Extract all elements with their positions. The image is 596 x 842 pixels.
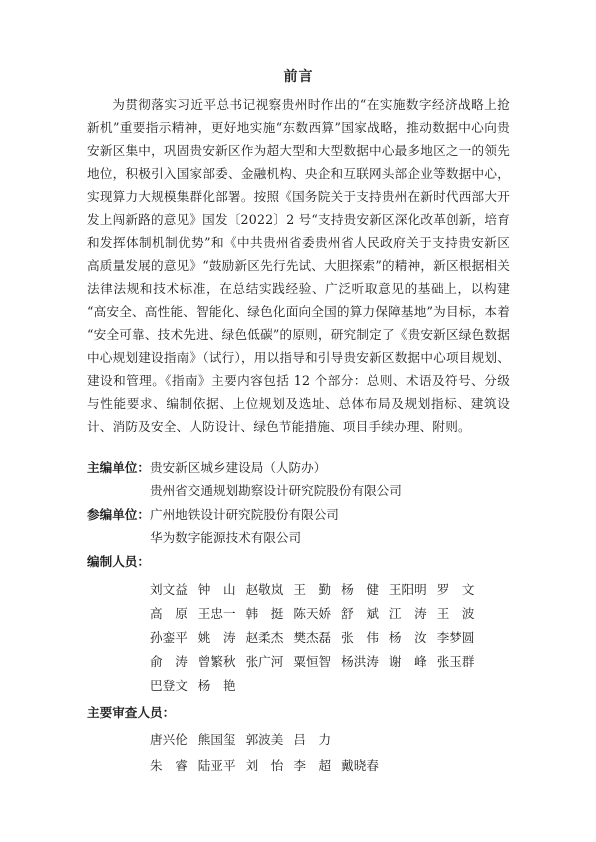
person-name: 张玉群 (437, 650, 475, 674)
co-unit-value: 华为数字能源技术有限公司 (150, 526, 510, 549)
person-name: 赵柔杰 (246, 626, 284, 650)
person-name: 舒 斌 (341, 602, 379, 626)
person-name: 杨 艳 (198, 674, 236, 698)
person-name: 熊国玺 (198, 727, 236, 752)
person-name: 张 伟 (341, 626, 379, 650)
compilers-row: 高 原 王忠一 韩 挺 陈天娇 舒 斌 江 涛 王 波 (150, 602, 510, 626)
chief-unit-value: 贵安新区城乡建设局（人防办） (150, 456, 510, 479)
person-name: 王阳明 (389, 578, 427, 602)
person-name: 粟恒智 (293, 650, 331, 674)
person-name: 王 勤 (293, 578, 331, 602)
person-name: 钟 山 (198, 578, 236, 602)
person-name: 朱 睿 (150, 753, 188, 778)
compilers-row: 巴登文 杨 艳 (150, 674, 510, 698)
reviewers-label: 主要审查人员： (87, 701, 510, 724)
person-name: 孙銮平 (150, 626, 188, 650)
compilers-row: 俞 涛 曾繁秋 张广河 粟恒智 杨洪涛 谢 峰 张玉群 (150, 650, 510, 674)
co-unit-value: 广州地铁设计研究院股份有限公司 (150, 503, 510, 526)
person-name: 巴登文 (150, 674, 188, 698)
co-unit-values: 广州地铁设计研究院股份有限公司 华为数字能源技术有限公司 (150, 503, 510, 550)
co-unit-section: 参编单位： 广州地铁设计研究院股份有限公司 华为数字能源技术有限公司 (87, 503, 510, 550)
person-name: 戴晓春 (341, 753, 379, 778)
compilers-row: 刘文益 钟 山 赵敬岚 王 勤 杨 健 王阳明 罗 文 (150, 578, 510, 602)
person-name: 王 波 (437, 602, 475, 626)
person-name: 陆亚平 (198, 753, 236, 778)
person-name: 江 涛 (389, 602, 427, 626)
person-name: 郭波美 (246, 727, 284, 752)
page-title: 前言 (87, 68, 510, 86)
person-name: 曾繁秋 (198, 650, 236, 674)
person-name: 陈天娇 (293, 602, 331, 626)
person-name: 张广河 (246, 650, 284, 674)
chief-unit-label: 主编单位： (87, 456, 150, 479)
person-name: 吕 力 (293, 727, 331, 752)
person-name: 李 超 (293, 753, 331, 778)
person-name: 杨 汝 (389, 626, 427, 650)
reviewers-row: 唐兴伦 熊国玺 郭波美 吕 力 (150, 727, 510, 752)
chief-unit-values: 贵安新区城乡建设局（人防办） 贵州省交通规划勘察设计研究院股份有限公司 (150, 456, 510, 503)
chief-unit-value: 贵州省交通规划勘察设计研究院股份有限公司 (150, 479, 510, 502)
person-name: 刘文益 (150, 578, 188, 602)
person-name: 罗 文 (437, 578, 475, 602)
person-name: 姚 涛 (198, 626, 236, 650)
compilers-label: 编制人员： (87, 550, 510, 573)
compilers-name-rows: 刘文益 钟 山 赵敬岚 王 勤 杨 健 王阳明 罗 文 高 原 王忠一 韩 挺 … (87, 578, 510, 698)
document-page: 前言 为贯彻落实习近平总书记视察贵州时作出的“在实施数字经济战略上抢新机”重要指… (87, 68, 510, 778)
person-name: 李梦圆 (437, 626, 475, 650)
reviewers-name-rows: 唐兴伦 熊国玺 郭波美 吕 力 朱 睿 陆亚平 刘 怡 李 超 戴晓春 (87, 727, 510, 778)
person-name: 谢 峰 (389, 650, 427, 674)
person-name: 韩 挺 (246, 602, 284, 626)
compilers-row: 孙銮平 姚 涛 赵柔杰 樊杰磊 张 伟 杨 汝 李梦圆 (150, 626, 510, 650)
person-name: 俞 涛 (150, 650, 188, 674)
person-name: 樊杰磊 (293, 626, 331, 650)
compilers-section: 编制人员： 刘文益 钟 山 赵敬岚 王 勤 杨 健 王阳明 罗 文 高 原 王忠… (87, 550, 510, 698)
reviewers-row: 朱 睿 陆亚平 刘 怡 李 超 戴晓春 (150, 753, 510, 778)
chief-unit-section: 主编单位： 贵安新区城乡建设局（人防办） 贵州省交通规划勘察设计研究院股份有限公… (87, 456, 510, 503)
preface-paragraph: 为贯彻落实习近平总书记视察贵州时作出的“在实施数字经济战略上抢新机”重要指示精神… (87, 93, 510, 438)
person-name: 高 原 (150, 602, 188, 626)
person-name: 刘 怡 (246, 753, 284, 778)
person-name: 杨 健 (341, 578, 379, 602)
person-name: 唐兴伦 (150, 727, 188, 752)
person-name: 赵敬岚 (246, 578, 284, 602)
person-name: 杨洪涛 (341, 650, 379, 674)
co-unit-label: 参编单位： (87, 503, 150, 526)
reviewers-section: 主要审查人员： 唐兴伦 熊国玺 郭波美 吕 力 朱 睿 陆亚平 刘 怡 李 超 … (87, 701, 510, 778)
person-name: 王忠一 (198, 602, 236, 626)
